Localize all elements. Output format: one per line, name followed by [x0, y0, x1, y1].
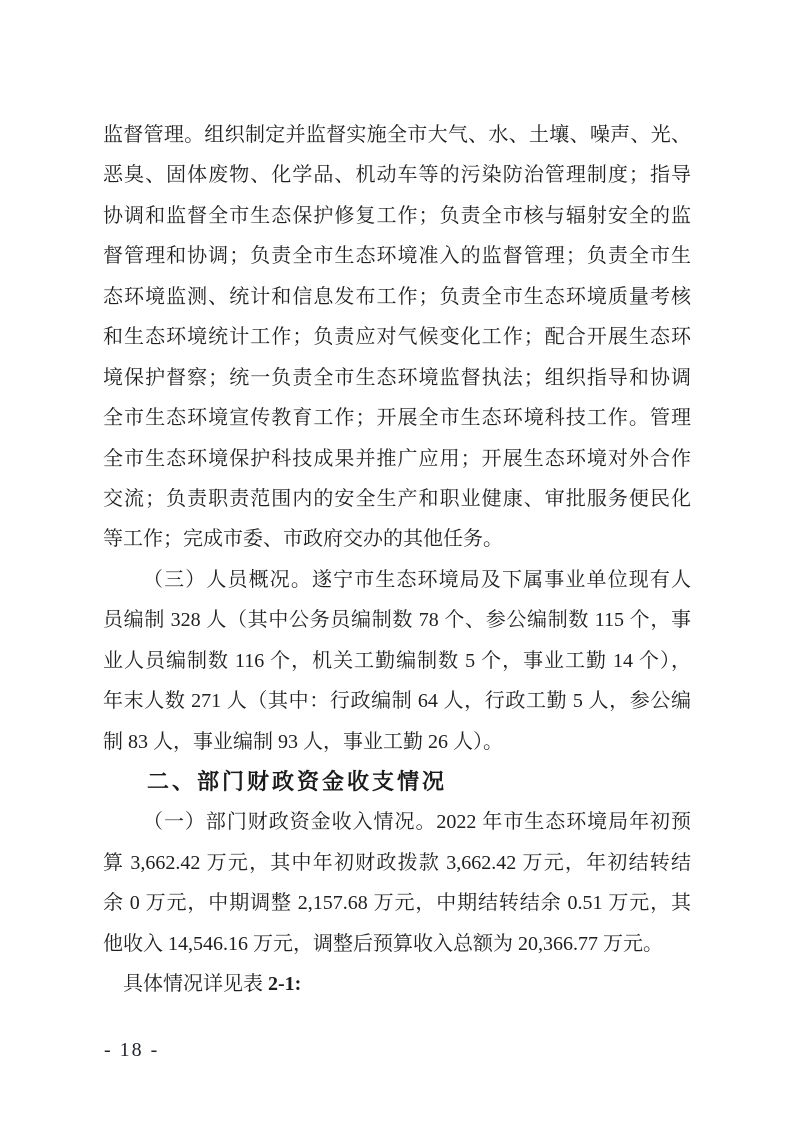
duties-paragraph-continued-line: 态环境监测、统计和信息发布工作；负责全市生态环境质量考核: [103, 277, 691, 317]
duties-paragraph-continued-line: 境保护督察；统一负责全市生态环境监督执法；组织指导和协调: [103, 358, 691, 398]
duties-paragraph-continued-line: 督管理和协调；负责全市生态环境准入的监督管理；负责全市生: [103, 236, 691, 276]
duties-paragraph-continued-line: 全市生态环境保护科技成果并推广应用；开展生态环境对外合作: [103, 439, 691, 479]
personnel-overview-paragraph-line: 年末人数 271 人（其中：行政编制 64 人，行政工勤 5 人，参公编: [103, 681, 691, 721]
table-note-text: 具体情况详见表: [123, 973, 268, 995]
duties-paragraph-continued-line: 全市生态环境宣传教育工作；开展全市生态环境科技工作。管理: [103, 398, 691, 438]
personnel-overview-paragraph-line: 制 83 人，事业编制 93 人，事业工勤 26 人）。: [103, 722, 691, 762]
revenue-paragraph-line: 他收入 14,546.16 万元，调整后预算收入总额为 20,366.77 万元…: [103, 924, 691, 964]
duties-paragraph-continued-line: 监督管理。组织制定并监督实施全市大气、水、土壤、噪声、光、: [103, 115, 691, 155]
personnel-overview-paragraph-line: 业人员编制数 116 个，机关工勤编制数 5 个，事业工勤 14 个），: [103, 641, 691, 681]
duties-paragraph-continued-line: 交流；负责职责范围内的安全生产和职业健康、审批服务便民化: [103, 479, 691, 519]
revenue-paragraph-line: 算 3,662.42 万元，其中年初财政拨款 3,662.42 万元，年初结转结: [103, 843, 691, 883]
table-reference-number: 2-1:: [268, 973, 301, 995]
duties-paragraph-continued-line: 协调和监督全市生态保护修复工作；负责全市核与辐射安全的监: [103, 196, 691, 236]
table-reference-note: 具体情况详见表 2-1:: [103, 964, 691, 1004]
personnel-overview-paragraph-line: （三）人员概况。遂宁市生态环境局及下属事业单位现有人: [103, 560, 691, 600]
duties-paragraph-continued-line: 恶臭、固体废物、化学品、机动车等的污染防治管理制度；指导: [103, 155, 691, 195]
duties-paragraph-continued-line: 等工作；完成市委、市政府交办的其他任务。: [103, 519, 691, 559]
document-page: 监督管理。组织制定并监督实施全市大气、水、土壤、噪声、光、恶臭、固体废物、化学品…: [0, 0, 793, 1122]
section-heading: 二、部门财政资金收支情况: [103, 762, 691, 802]
page-number: - 18 -: [104, 1038, 159, 1062]
revenue-paragraph-line: （一）部门财政资金收入情况。2022 年市生态环境局年初预: [103, 802, 691, 842]
personnel-overview-paragraph-line: 员编制 328 人（其中公务员编制数 78 个、参公编制数 115 个，事: [103, 600, 691, 640]
revenue-paragraph-line: 余 0 万元，中期调整 2,157.68 万元，中期结转结余 0.51 万元，其: [103, 883, 691, 923]
duties-paragraph-continued-line: 和生态环境统计工作；负责应对气候变化工作；配合开展生态环: [103, 317, 691, 357]
text-block: 监督管理。组织制定并监督实施全市大气、水、土壤、噪声、光、恶臭、固体废物、化学品…: [103, 115, 691, 1005]
